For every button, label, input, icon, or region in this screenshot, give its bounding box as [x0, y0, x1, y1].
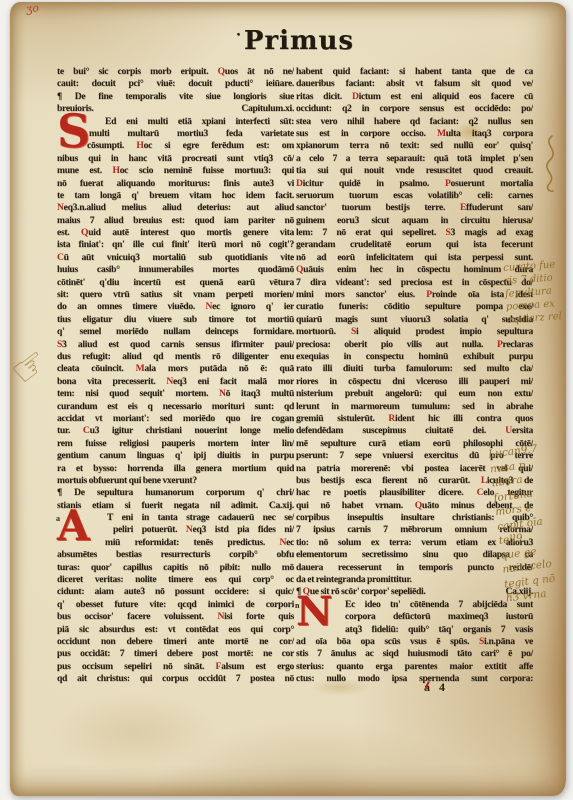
text-line: nisterium prebuit angelorū: qui eum non …: [296, 388, 533, 400]
text-line: exequias in conspectu hominū exhibuit pu…: [296, 351, 533, 363]
text-line: atq3 fideliū: quib° tāq' organis 7 vasis: [345, 624, 533, 636]
text-line: maius 7 aliud breuius est: quod iam pari…: [57, 215, 294, 227]
text-line: seruorum tuorum escas volatilib° celi: c…: [296, 190, 533, 202]
text-line: S3 aliud est quod carnis sensus ifirmite…: [57, 339, 294, 351]
text-line: ¶ De sepultura humanorum corporum q' chr…: [57, 487, 294, 499]
text-line: a celo 7 a terra separauit: quā totā imp…: [296, 153, 533, 165]
text-line: cōtinēt' q'diu incertū est quenā earū vē…: [57, 277, 294, 289]
text-line: q' obesset future vite: qcqd inimici de …: [57, 599, 294, 611]
text-line: accidat vt moriant': sed moriēdo quo ire…: [57, 413, 294, 425]
text-line: gerandam crudelitatē eorum qui ista fece…: [296, 239, 533, 251]
text-line: dauera recesserunt in temporis puncto re…: [296, 562, 533, 574]
text-line: riores in cōspectu dni vlceroso illi pau…: [296, 376, 533, 388]
text-line: ad oīa bōa opa scūs vsus ē spūs. Si.n.pā…: [296, 636, 533, 648]
text-line: cōsumpti. Hoc si egre ferēdum est: om: [87, 140, 294, 152]
text-line: absumētes bestias resurrecturis corpib° …: [57, 549, 294, 561]
text-line: daueribus faciant: absit vt falsum sit q…: [296, 78, 533, 90]
text-line: te bui° sic corpis morb eripuit. Quos āt…: [57, 66, 294, 78]
text-line: ctus: nullo modo ipsa spernenda sunt cor…: [296, 673, 533, 685]
text-line: corpora defūctorū maximeq3 iustorū: [345, 611, 533, 623]
text-line: lem: 7 nō erat qui sepeliret. S3 magis a…: [296, 227, 533, 239]
text-line: piā sic absurdus est: vt contēdat eos qu…: [57, 624, 294, 636]
text-line: preciosa: oberit pio vilis aut nulla. Pr…: [296, 339, 533, 351]
text-line: Cū aūt vnicuiq3 mortaliū sub quotidianis…: [57, 252, 294, 264]
text-line: bus occisor' facere voluissent. Nisi for…: [57, 611, 294, 623]
text-line: gremiū sistulerūt. Rident hic illi contr…: [296, 413, 533, 425]
text-column-right: Nnhabent quid faciant: si habent tanta q…: [296, 66, 533, 686]
text-line: elementorum secretissimo sinu quo dilaps…: [296, 549, 533, 561]
text-line: occidunt non debere timeri ante mortē ne…: [57, 636, 294, 648]
pen-flourish-icon: [538, 134, 564, 194]
text-line: xpianorum terra nō texit: sed nullū eor'…: [296, 140, 533, 152]
text-line: rem fuisse religiosi pauperis mortem int…: [57, 438, 294, 450]
marginal-note-line: equiarz rel: [506, 310, 562, 327]
drop-cap-initial: S: [57, 112, 103, 151]
text-line: habent quid faciant: si habent tanta que…: [296, 66, 533, 78]
manicule-icon: ☞: [10, 338, 58, 396]
text-line: cauit: docuit pci° viuē: docuit pducti° …: [57, 78, 294, 90]
text-line: 7 dira videant': sed preciosa est in cōs…: [296, 277, 533, 289]
text-line: mortuis obfuerunt qui bene vxerunt?: [57, 475, 294, 487]
text-line: tur. Cu3 igitur christiani nouerint long…: [57, 425, 294, 437]
drop-cap-initial: A: [57, 508, 103, 544]
text-line: ¶ De fine temporalis vite siue longioris…: [57, 91, 294, 103]
text-line: curatio funeris: cōditio sepulture pompa…: [296, 301, 533, 313]
book-page: ʒo ·Primus SAate bui° sic corpis morb er…: [10, 2, 566, 796]
quire-signature: a 4: [424, 680, 448, 695]
text-line: curandum est eis q necessario morituri s…: [57, 401, 294, 413]
marginal-note-right-1: curato fueris 7 ditioſepulturapompa exeq…: [503, 258, 562, 327]
text-line: stea vero nihil habere qd faciant: q2 nu…: [296, 116, 533, 128]
text-line: defendēdam suscepimus ciuitatē dei. Uers…: [296, 425, 533, 437]
text-line: sterius: quanto erga parentes maior exti…: [296, 661, 533, 673]
red-ink-mark: ʒo: [25, 2, 40, 16]
text-line: peliri potuerūt. Neq3 istd pia fides ni/: [113, 524, 294, 536]
text-line: sanctor' tuorum bestijs terre. Effuderun…: [296, 202, 533, 214]
text-column-left: SAate bui° sic corpis morb eripuit. Quos…: [57, 66, 294, 686]
text-line: est. Quid autē interest quo mortis gener…: [57, 227, 294, 239]
text-line: te tam longā q' breuem vitam hoc idem fa…: [57, 190, 294, 202]
text-line: rato illi diuiti turba famulorum: sed mu…: [296, 363, 533, 375]
title-tick: ·: [236, 27, 242, 43]
text-line: ritas dicit. Dictum est eni aliquid eos …: [296, 91, 533, 103]
guide-letter: n: [295, 601, 299, 610]
guide-letter: a: [56, 514, 60, 523]
text-line: guinem eoru3 sicut aquam in circuitu hie…: [296, 215, 533, 227]
text-line: bona vita precesserit. Neq3 eni facit ma…: [57, 376, 294, 388]
text-line: Dicitur quidē in psalmo. Posuerunt morta…: [296, 178, 533, 190]
text-line: quiarū magis sunt viuoru3 solatia q' sub…: [296, 314, 533, 326]
text-line: Neq3.n.aliud melius aliud deterius: aut …: [57, 202, 294, 214]
text-line: miū reformidat: tenēs predictus. Nec: [105, 537, 294, 549]
text-line: nō ad eorū infelicitatem qui ista perpes…: [296, 252, 533, 264]
text-line: nō fuerat aliquando moriturus: finis aut…: [57, 178, 294, 190]
text-line: mortuorū. Si aliquid prodest impio sepul…: [296, 326, 533, 338]
text-line: Ec ideo tn' cōtēnenda 7 abijciēda sunt: [345, 599, 533, 611]
text-line: cidunt: aiam aute3 nō possunt occidere: …: [57, 586, 294, 598]
paper-stain: [50, 692, 220, 772]
text-line: huius casib° innumerabiles mortes quodām…: [57, 264, 294, 276]
text-line: gentium canum linguas q' ipij diuitis in…: [57, 450, 294, 462]
drop-cap-initial: N: [296, 595, 342, 629]
text-line: turas: quor' capillus capitis nō pibit: …: [57, 562, 294, 574]
text-line: Quāuis enim hec in cōspectu hominum dura: [296, 264, 533, 276]
text-line: tio: nō solum ex terra: verum etiam ex a…: [296, 537, 533, 549]
text-line: ista finiat': qn' ille cui finit' iterū …: [57, 239, 294, 251]
text-line: ra et bysso: horrenda illa genera mortiu…: [57, 463, 294, 475]
text-line: tius eligatur diu viuere sub timore tot …: [57, 314, 294, 326]
running-title: ·Primus: [200, 26, 390, 56]
text-line: stis 7 ānulus ac siqd huiusmodi tāto car…: [296, 648, 533, 660]
text-line: do an omnes timere viuēdo. Nec ignoro q'…: [57, 301, 294, 313]
text-line: pus occidāt: 7 timeri debere post mortē:…: [57, 648, 294, 660]
text-line: dus refugit: aliud qd mentis rō diligent…: [57, 351, 294, 363]
text-line: tem: nisi quod sequit' mortem. Nō itaq3 …: [57, 388, 294, 400]
text-line: tia sui qui nouit vnde resuscitet quod c…: [296, 165, 533, 177]
text-line: cleata cōuincit. Mala mors putāda nō ē: …: [57, 363, 294, 375]
text-line: qd ait christus: qui corpus occidūt 7 po…: [57, 673, 294, 685]
text-line: multi multarū mortiu3 feda varietate: [89, 128, 294, 140]
text-line: nibus qui in hanc vitā procreati sunt vt…: [57, 153, 294, 165]
text-line: sit: quero vtrū satius sit vnam perpeti …: [57, 289, 294, 301]
text-line: pus occisum sepeliri nō sināt. Falsum es…: [57, 661, 294, 673]
text-line: mini mors sanctor' eius. Proinde oīa ist…: [296, 289, 533, 301]
text-line: T eni in tanta strage cadauerū nec se/: [107, 512, 294, 524]
text-line: q' semel moriēdo nullam deinceps formida…: [57, 326, 294, 338]
text-line: occidunt: q2 in corpore sensus est occid…: [296, 103, 533, 115]
text-line: mune est. Hoc scio neminē fuisse mortuu3…: [57, 165, 294, 177]
text-line: diceret veritas: nolite timere eos qui c…: [57, 574, 294, 586]
text-line: lerunt in marmoreum tumulum: sed in abra…: [296, 401, 533, 413]
text-line: da et reintegranda promittitur.: [296, 574, 533, 586]
text-line: sus est in corpore occiso. Multa itaq3 c…: [296, 128, 533, 140]
text-line: Ed eni multi etiā xpiani interfecti sūt:: [105, 116, 294, 128]
running-title-text: Primus: [244, 26, 354, 56]
